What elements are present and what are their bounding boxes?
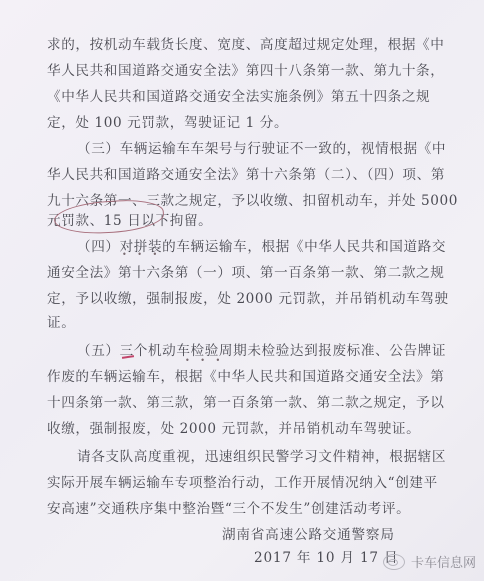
text-line: 十四条第一款、第三款，第一百条第一款、第二款之规定，予以 — [47, 393, 427, 413]
text-line: 安高速”交通秩序集中整治暨“三个不发生”创建活动考评。 — [47, 499, 427, 519]
text-line: 定，予以收缴，强制报废，处 2000 元罚款，并吊销机动车驾驶 — [47, 289, 427, 309]
text-line: 定，处 100 元罚款，驾驶证记 1 分。 — [47, 113, 427, 133]
text-line: 华人民共和国道路交通安全法》第十六条第（二）、（四）项、第 — [47, 165, 427, 185]
section-3-text: （三）车辆运输车车架号与行驶证不一致的，视情根据《中 — [77, 141, 446, 157]
text-line: 通安全法》第十六条第（一）项、第一百条第一款、第二款之规 — [47, 263, 427, 283]
signature-date: 2017 年 10 月 17 日 — [254, 546, 398, 566]
text-line: 收缴，强制报废，处 2000 元罚款，并吊销机动车驾驶证。 — [47, 419, 427, 439]
dot-annotation: • • • — [122, 250, 161, 259]
signature-organization: 湖南省高速公路交通警察局 — [222, 523, 395, 543]
dot-annotation: • • • — [185, 356, 224, 365]
watermark-label: 卡车信息网 — [411, 552, 476, 571]
section-5-heading-line: （五）三个机动车检验周期未检验达到报废标准、公告牌证 — [77, 341, 427, 361]
watermark: 卡车信息网 — [383, 552, 476, 571]
wavy-underline-annotation — [174, 156, 220, 160]
text-line: 《中华人民共和国道路交通安全法实施条例》第五十四条之规 — [47, 87, 427, 107]
scanned-document-page: 求的，按机动车载货长度、宽度、高度超过规定处理，根据《中 华人民共和国道路交通安… — [0, 0, 484, 581]
text-line: 证。 — [47, 313, 427, 333]
closing-paragraph-line: 请各支队高度重视，迅速组织民警学习文件精神，根据辖区 — [77, 447, 427, 467]
text-line: 求的，按机动车载货长度、宽度、高度超过规定处理，根据《中 — [47, 35, 427, 55]
text-line: 华人民共和国道路交通安全法》第四十八条第一款、第九十条， — [47, 61, 427, 81]
text-line: 作废的车辆运输车，根据《中华人民共和国道路交通安全法》第 — [47, 367, 427, 387]
wechat-logo-icon — [383, 554, 405, 570]
text-line: 实际开展车辆运输车专项整治行动，工作开展情况纳入“创建平 — [47, 473, 427, 493]
wavy-underline-annotation — [240, 156, 286, 160]
